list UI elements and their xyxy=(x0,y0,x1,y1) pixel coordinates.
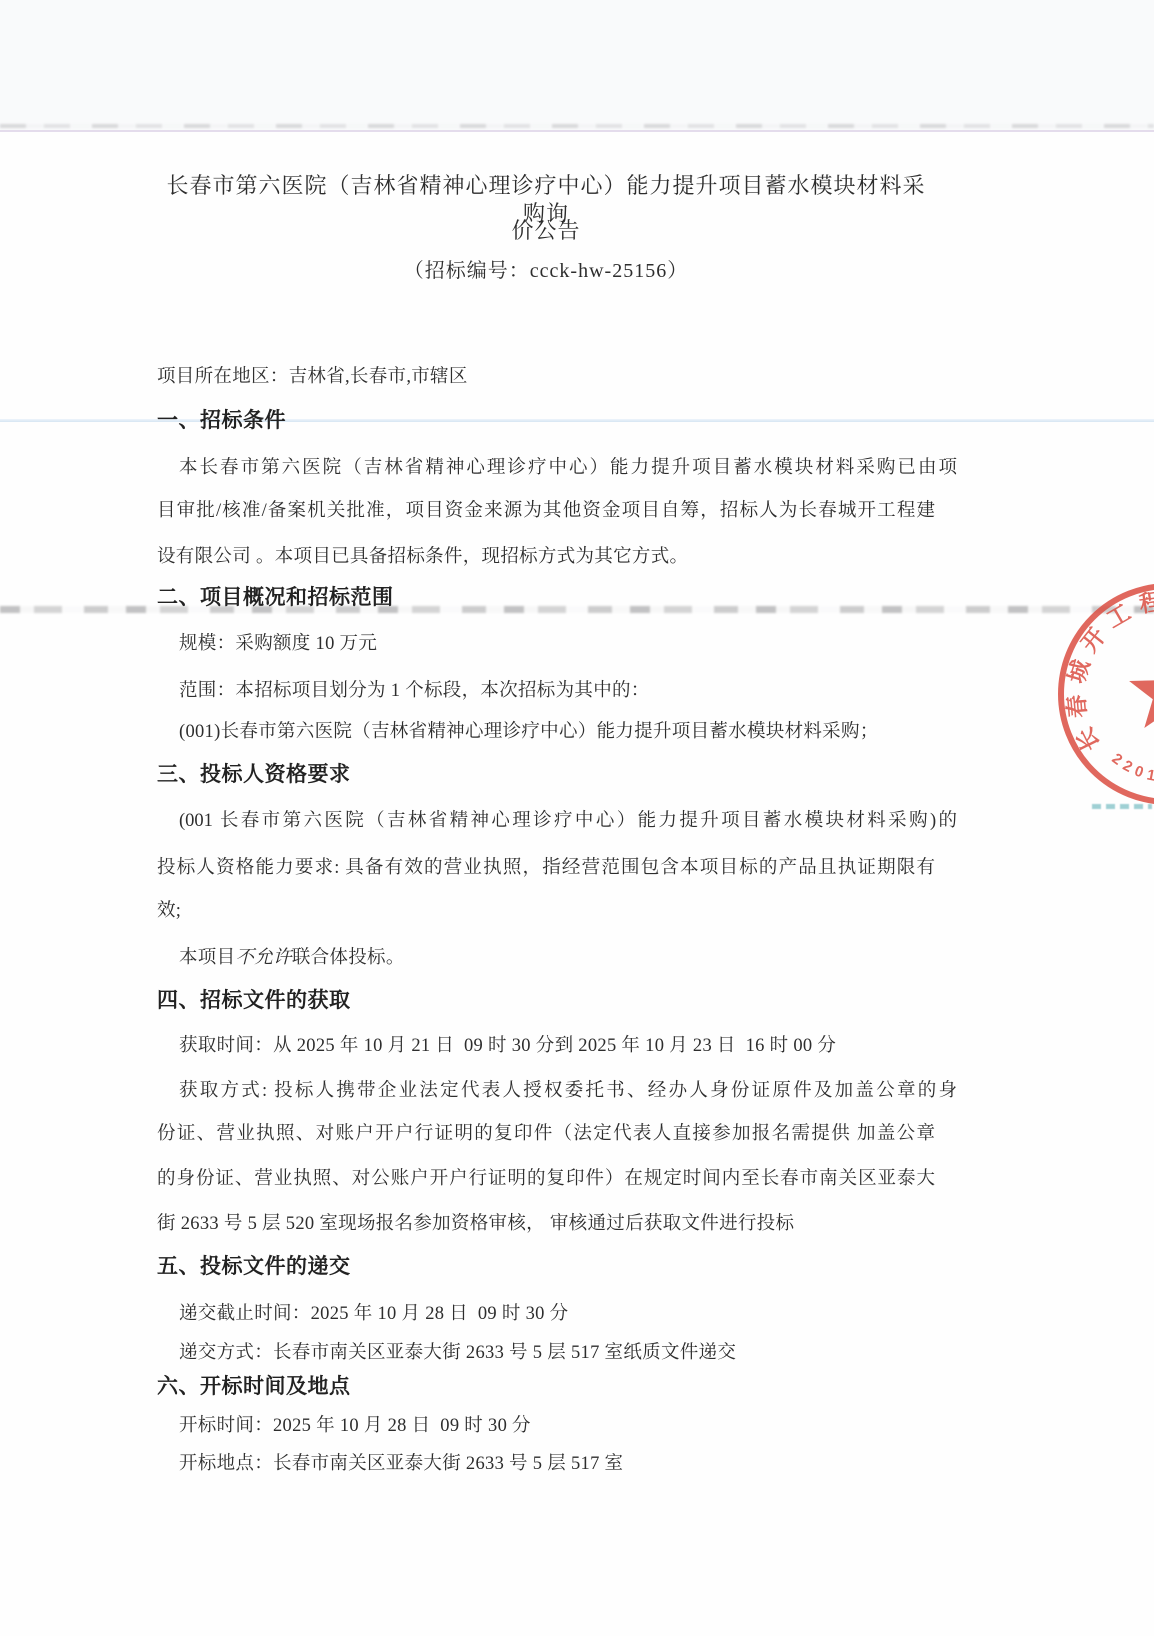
seal-star-icon xyxy=(1129,652,1154,728)
section-3-joint-venture-line: 本项目不允许联合体投标。 xyxy=(157,944,957,972)
section-3-heading: 三、投标人资格要求 xyxy=(157,761,935,789)
section-2-scale: 规模：采购额度 10 万元 xyxy=(157,630,957,658)
scan-smear-top xyxy=(0,124,1154,128)
section-4-method-4: 街 2633 号 5 层 520 室现场报名参加资格审核， 审核通过后获取文件进… xyxy=(157,1210,935,1238)
section-3-line-3: 效; xyxy=(157,897,935,925)
joint-emphasis: 不允许 xyxy=(235,948,291,968)
joint-prefix: 本项目 xyxy=(179,948,235,968)
section-6-heading: 六、开标时间及地点 xyxy=(157,1373,935,1401)
section-4-time: 获取时间：从 2025 年 10 月 21 日 09 时 30 分到 2025 … xyxy=(157,1032,957,1060)
scan-gray-top-band xyxy=(0,0,1154,130)
section-6-time: 开标时间：2025 年 10 月 28 日 09 时 30 分 xyxy=(157,1412,957,1440)
section-4-method-3: 的身份证、营业执照、对公账户开户行证明的复印件）在规定时间内至长春市南关区亚泰大 xyxy=(157,1165,935,1193)
scan-lavender-line xyxy=(0,130,1154,132)
tender-number: （招标编号：ccck-hw-25156） xyxy=(157,257,935,285)
joint-suffix: 联合体投标。 xyxy=(292,948,405,968)
section-1-heading: 一、招标条件 xyxy=(157,407,935,435)
seal-serial-text: 2201021 xyxy=(1109,750,1154,786)
seal-company-text: 长春城开工程建设有限公司 xyxy=(1062,587,1154,763)
section-1-line-2: 目审批/核准/备案机关批准，项目资金来源为其他资金项目自筹，招标人为长春城开工程… xyxy=(157,497,935,525)
section-5-heading: 五、投标文件的递交 xyxy=(157,1253,935,1281)
section-2-lot: (001)长春市第六医院（吉林省精神心理诊疗中心）能力提升项目蓄水模块材料采购； xyxy=(157,718,957,746)
section-4-method-1: 获取方式: 投标人携带企业法定代表人授权委托书、经办人身份证原件及加盖公章的身 xyxy=(157,1077,957,1105)
section-5-deadline: 递交截止时间：2025 年 10 月 28 日 09 时 30 分 xyxy=(157,1300,957,1328)
section-2-scope: 范围：本招标项目划分为 1 个标段，本次招标为其中的： xyxy=(157,677,957,705)
project-location: 项目所在地区：吉林省,长春市,市辖区 xyxy=(157,363,935,391)
section-5-method: 递交方式：长春市南关区亚泰大街 2633 号 5 层 517 室纸质文件递交 xyxy=(157,1339,957,1367)
company-seal: 长春城开工程建设有限公司 2201021 xyxy=(1029,554,1154,834)
section-1-line-1: 本长春市第六医院（吉林省精神心理诊疗中心）能力提升项目蓄水模块材料采购已由项 xyxy=(157,454,957,482)
section-3-line-2: 投标人资格能力要求: 具备有效的营业执照，指经营范围包含本项目标的产品且执证期限… xyxy=(157,854,935,882)
section-6-place: 开标地点：长春市南关区亚泰大街 2633 号 5 层 517 室 xyxy=(157,1450,957,1478)
section-4-heading: 四、招标文件的获取 xyxy=(157,987,935,1015)
section-3-line-1: (001 长春市第六医院（吉林省精神心理诊疗中心）能力提升项目蓄水模块材料采购)… xyxy=(157,807,957,835)
doc-title-line-2: 价公告 xyxy=(157,217,935,245)
section-2-heading: 二、项目概况和招标范围 xyxy=(157,584,935,612)
document-page: 长春市第六医院（吉林省精神心理诊疗中心）能力提升项目蓄水模块材料采购询 价公告 … xyxy=(0,0,1154,1636)
section-4-method-2: 份证、营业执照、对账户开户行证明的复印件（法定代表人直接参加报名需提供 加盖公章 xyxy=(157,1120,935,1148)
doc-title-line-1: 长春市第六医院（吉林省精神心理诊疗中心）能力提升项目蓄水模块材料采购询 xyxy=(157,172,935,200)
section-1-line-3: 设有限公司 。本项目已具备招标条件，现招标方式为其它方式。 xyxy=(157,543,935,571)
